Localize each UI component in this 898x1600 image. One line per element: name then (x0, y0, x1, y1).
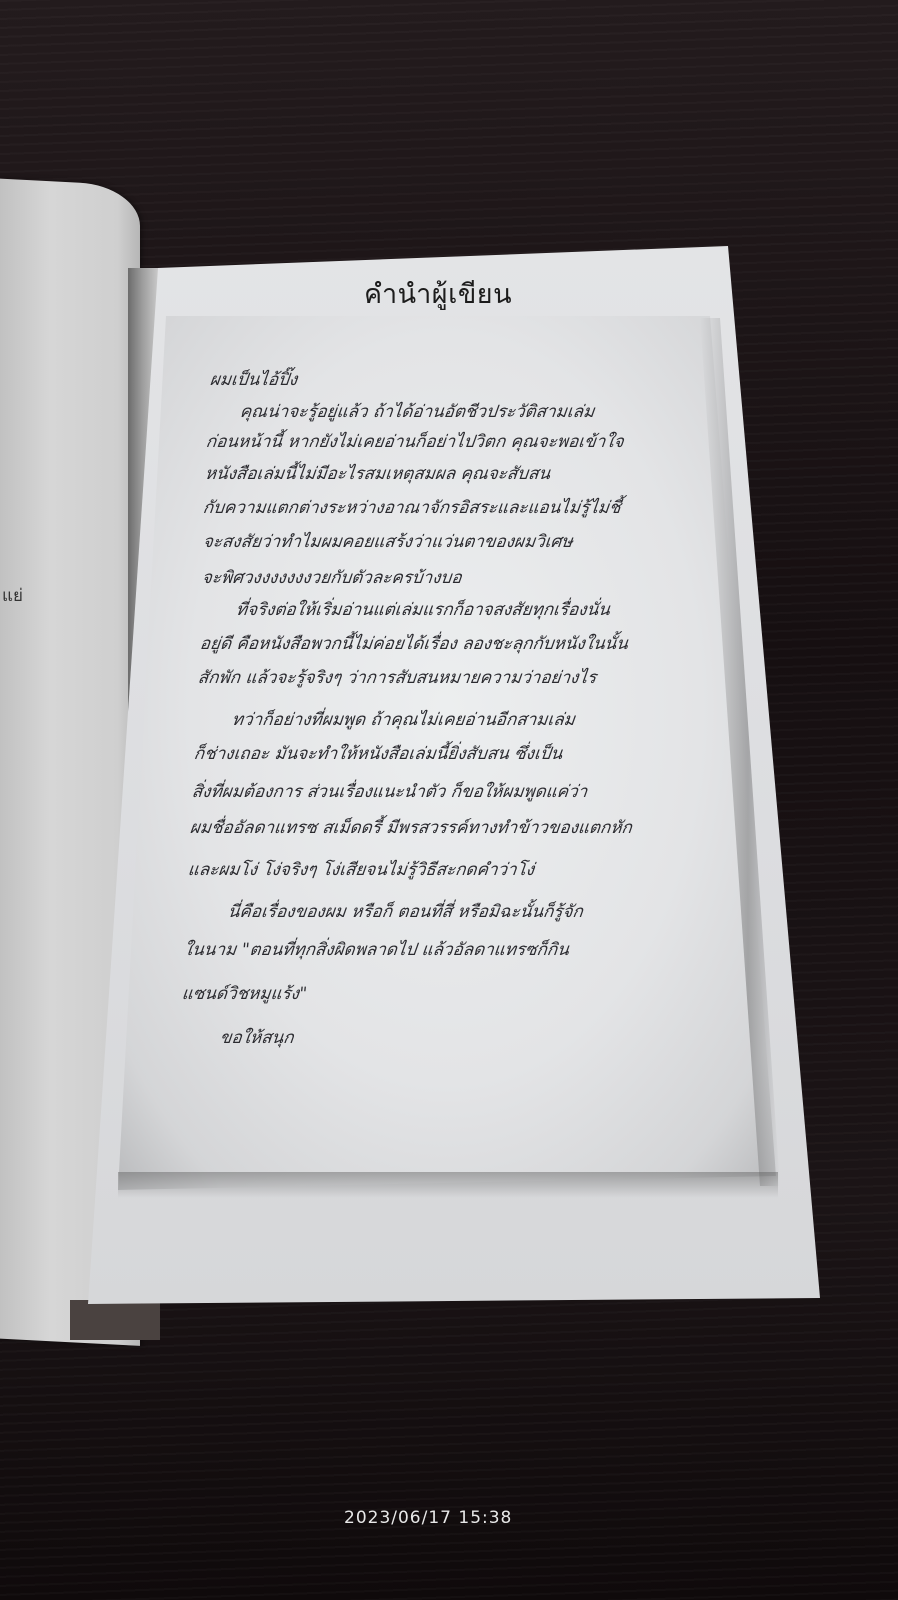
letter-line: จะสงสัยว่าทำไมผมคอยแสร้งว่าแว่นตาของผมวิ… (202, 528, 574, 555)
page-title: คำนำผู้เขียน (348, 272, 528, 315)
book-spine-bottom (70, 1300, 160, 1340)
letter-line: ในนาม "ตอนที่ทุกสิ่งผิดพลาดไป แล้วอัลดาแ… (183, 936, 571, 963)
letter-line: แซนด์วิชหมูแร้ง" (181, 980, 309, 1007)
letter-line: ผมชื่ออัลดาแทรซ สเม็ดดรี้ มีพรสวรรค์ทางท… (189, 814, 634, 841)
letter-line: ที่จริงต่อให้เริ่มอ่านแต่เล่มแรกก็อาจสงส… (235, 596, 612, 623)
letter-line: หนังสือเล่มนี้ไม่มีอะไรสมเหตุสมผล คุณจะส… (204, 460, 552, 487)
letter-line: สิ่งที่ผมต้องการ ส่วนเรื่องแนะนำตัว ก็ขอ… (191, 778, 589, 805)
parchment-shadow-bottom (118, 1172, 778, 1198)
letter-line: ทว่าก็อย่างที่ผมพูด ถ้าคุณไม่เคยอ่านอีกส… (231, 706, 577, 733)
left-page-text-fragment: แย่ (2, 582, 23, 609)
letter-line: ผมเป็นไอ้ปิ๊ง (209, 366, 299, 393)
letter-line: คุณน่าจะรู้อยู่แล้ว ถ้าได้อ่านอัตชีวประว… (239, 398, 596, 425)
letter-line: จะพิศวงงงงงงงวยกับตัวละครบ้างบอ (201, 564, 463, 591)
letter-line: นี่คือเรื่องของผม หรือก็ ตอนที่สี่ หรือม… (227, 898, 585, 925)
letter-line: อยู่ดี คือหนังสือพวกนี้ไม่ค่อยได้เรื่อง … (199, 630, 630, 657)
letter-line: ก็ช่างเถอะ มันจะทำให้หนังสือเล่มนี้ยิ่งส… (193, 740, 564, 767)
photo-timestamp: 2023/06/17 15:38 (344, 1508, 544, 1528)
letter-line: ขอให้สนุก (219, 1024, 295, 1051)
letter-line: สักพัก แล้วจะรู้จริงๆ ว่าการสับสนหมายควา… (197, 664, 598, 691)
letter-line: และผมโง่ โง่จริงๆ โง่เสียจนไม่รู้วิธีสะก… (187, 856, 536, 883)
letter-line: ก่อนหน้านี้ หากยังไม่เคยอ่านก็อย่าไปวิตก… (205, 428, 625, 455)
letter-line: กับความแตกต่างระหว่างอาณาจักรอิสระและแอน… (202, 494, 622, 521)
